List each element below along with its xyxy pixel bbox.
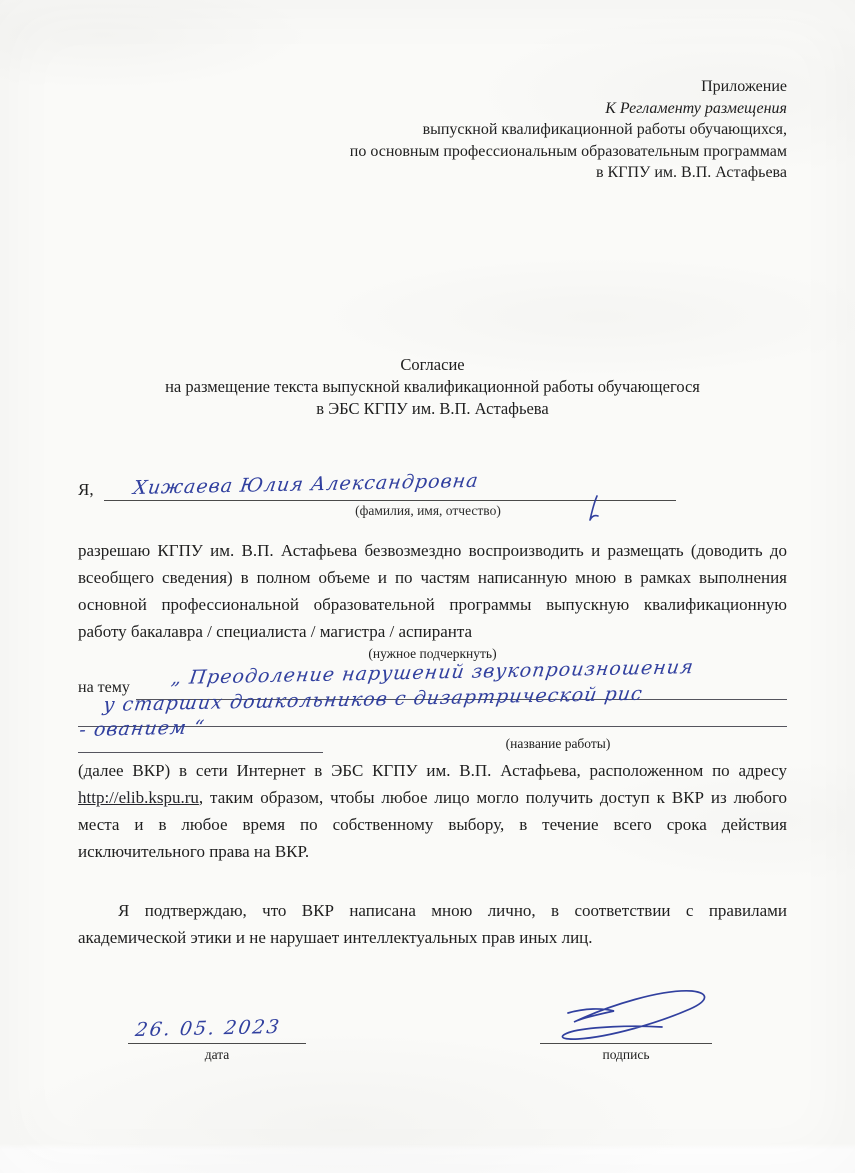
confirmation-paragraph: Я подтверждаю, что ВКР написана мною лич… [78,897,787,951]
scanned-document-page: Приложение К Регламенту размещения выпус… [0,0,855,1173]
signature-field [540,1013,712,1044]
date-block: 26. 05. 2023 дата [128,1013,306,1063]
document-title: Согласие на размещение текста выпускной … [78,354,787,420]
access-paragraph: (далее ВКР) в сети Интернет в ЭБС КГПУ и… [78,757,787,865]
handwritten-date: 26. 05. 2023 [134,1015,282,1040]
title-line-org: в ЭБС КГПУ им. В.П. Астафьева [78,398,787,420]
appendix-line: в КГПУ им. В.П. Астафьева [78,162,787,184]
appendix-line: Приложение [78,76,787,98]
signature-block: подпись [540,1013,712,1063]
appendix-line: по основным профессиональным образовател… [78,141,787,163]
document-content: Приложение К Регламенту размещения выпус… [78,0,787,1063]
handwritten-topic-line-3: - ованием “ [78,716,206,741]
title-line-subject: на размещение текста выпускной квалифика… [78,376,787,398]
appendix-line: выпускной квалификационной работы обучаю… [78,119,787,141]
appendix-line-regulation: К Регламенту размещения [78,98,787,120]
signature-label: подпись [540,1047,712,1063]
elib-url: http://elib.kspu.ru [78,788,199,807]
declarant-label: Я, [78,479,94,501]
topic-block: на тему (название работы) „ Преодоление … [78,677,787,753]
declarant-name-caption: (фамилия, имя, отчество) [258,503,598,519]
signature-footer: 26. 05. 2023 дата подпись [78,1013,787,1063]
topic-caption: (название работы) [329,735,787,753]
signature-stroke [540,987,720,1049]
access-text-before: (далее ВКР) в сети Интернет в ЭБС КГПУ и… [78,761,787,780]
handwritten-name: Хижаева Юлия Александровна [132,469,480,498]
permission-paragraph: разрешаю КГПУ им. В.П. Астафьева безвозм… [78,537,787,645]
declarant-row: Я, Хижаева Юлия Александровна [78,476,787,501]
appendix-header: Приложение К Регламенту размещения выпус… [78,0,787,184]
title-line-consent: Согласие [78,354,787,376]
ink-tail-stroke [584,495,602,521]
date-label: дата [128,1047,306,1063]
date-field: 26. 05. 2023 [128,1013,306,1044]
declarant-caption-text: (фамилия, имя, отчество) [355,503,501,518]
